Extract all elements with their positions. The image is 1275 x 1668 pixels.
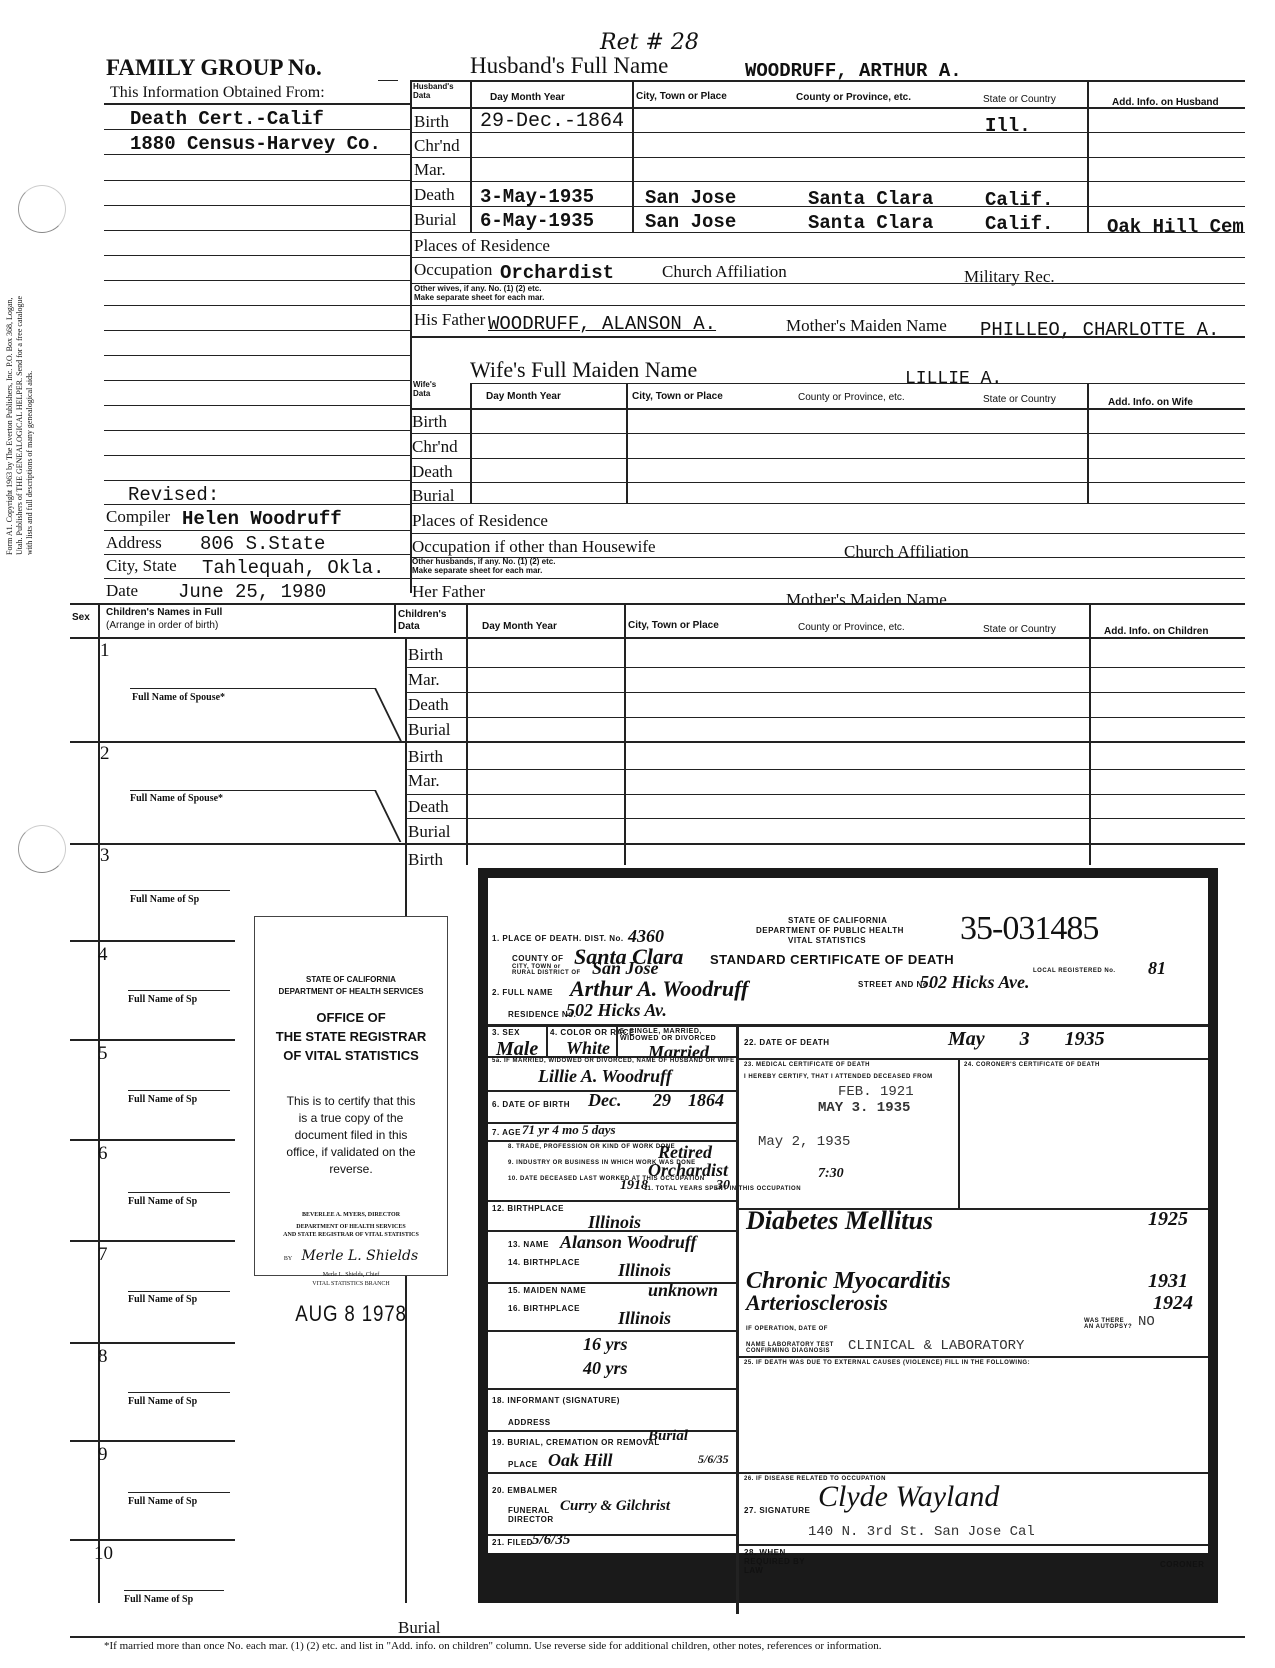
cert-attended-from: FEB. 1921 [838, 1084, 914, 1100]
compiler-name: Helen Woodruff [182, 508, 342, 530]
event-label: Burial [408, 720, 451, 740]
husband-name: WOODRUFF, ARTHUR A. [745, 60, 962, 82]
child-number: 4 [98, 944, 108, 966]
cert-contrib2: Arteriosclerosis [746, 1290, 888, 1316]
compiler-label: Compiler [106, 507, 170, 527]
cert-burial-label: 19. BURIAL, CREMATION OR REMOVAL [492, 1438, 660, 1447]
her-father-label: Her Father [412, 582, 485, 602]
cert-title: STANDARD CERTIFICATE OF DEATH [710, 952, 954, 967]
husband-burial-county: Santa Clara [808, 212, 933, 234]
husband-data-label: Husband's Data [413, 82, 447, 100]
cert-trade-label: 8. TRADE, PROFESSION OR KIND OF WORK DON… [508, 1144, 675, 1150]
occupation-label: Occupation if other than Housewife [412, 537, 656, 557]
stamp-dept: DEPARTMENT OF HEALTH SERVICES [255, 1224, 447, 1230]
cert-residence: 502 Hicks Av. [566, 1000, 667, 1021]
children-names-label: Children's Names in Full [106, 607, 222, 618]
cert-age-label: 7. AGE [492, 1128, 521, 1137]
cert-name: Arthur A. Woodruff [570, 976, 748, 1002]
cert-state: STATE OF CALIFORNIA [788, 916, 887, 925]
cert-last-saw: May 2, 1935 [758, 1134, 850, 1150]
cert-last-worked-label: 10. DATE DECEASED LAST WORKED AT THIS OC… [508, 1176, 705, 1182]
event-label: Birth [408, 747, 443, 767]
col-header: City, Town or Place [628, 620, 719, 631]
child-number: 6 [98, 1143, 108, 1165]
wife-data-label: Wife's Data [413, 380, 447, 398]
stamp-office: OF VITAL STATISTICS [255, 1048, 447, 1063]
stamp-registrar: AND STATE REGISTRAR OF VITAL STATISTICS [255, 1232, 447, 1238]
cert-filed-label: 21. FILED [492, 1538, 533, 1547]
cert-funeral: Curry & Gilchrist [560, 1498, 670, 1515]
spouse-label: Full Name of Sp [128, 1094, 197, 1105]
revised-label: Revised: [128, 484, 219, 506]
stamp-signature: Merle L. Shields [301, 1248, 418, 1264]
cert-date-death-label: 22. DATE OF DEATH [744, 1038, 830, 1047]
cert-sex-label: 3. SEX [492, 1028, 520, 1037]
child-number: 9 [98, 1444, 108, 1466]
col-header: Day Month Year [482, 621, 557, 632]
sex-label: Sex [72, 612, 90, 623]
compiler-city: Tahlequah, Okla. [202, 557, 384, 579]
husband-birth-state: Ill. [985, 115, 1031, 137]
cert-funeral-label: FUNERAL DIRECTOR [508, 1506, 548, 1524]
cert-required-label: 28. WHEN REQUIRED BY LAW [744, 1548, 814, 1575]
cert-medical-text: I HEREBY CERTIFY, THAT I ATTENDED DECEAS… [744, 1074, 944, 1080]
punch-hole [18, 825, 66, 873]
cert-attended-to: MAY 3. 1935 [818, 1100, 910, 1116]
cert-number: 35-031485 [960, 910, 1098, 948]
stamp-dept: DEPARTMENT OF HEALTH SERVICES [255, 987, 447, 996]
church-label: Church Affiliation [844, 542, 969, 562]
cert-burial-place: Oak Hill [548, 1450, 613, 1471]
other-husbands-note: Other husbands, if any. No. (1) (2) etc. [412, 557, 555, 566]
residence-label: Places of Residence [414, 236, 550, 256]
source-item: Death Cert.-Calif [130, 108, 324, 130]
event-label: Birth [414, 112, 449, 132]
church-label: Church Affiliation [662, 262, 787, 282]
cert-embalmer-label: 20. EMBALMER [492, 1486, 558, 1495]
source-item: 1880 Census-Harvey Co. [130, 133, 381, 155]
cert-autopsy-label: WAS THERE AN AUTOPSY? [1084, 1318, 1134, 1330]
cert-birthplace-label: 12. BIRTHPLACE [492, 1204, 564, 1213]
cert-father: Alanson Woodruff [560, 1232, 697, 1253]
cert-place-label: 1. PLACE OF DEATH. DIST. No. [492, 934, 624, 943]
event-label: Mar. [408, 771, 440, 791]
stamp-director: BEVERLEE A. MYERS, DIRECTOR [255, 1212, 447, 1218]
cert-signature-label: 27. SIGNATURE [744, 1506, 810, 1515]
event-label: Mar. [408, 670, 440, 690]
husband-burial-info: Oak Hill Cem [1107, 216, 1244, 238]
death-certificate: 1. PLACE OF DEATH. DIST. No. 4360 STATE … [478, 868, 1218, 1603]
cert-dob-day: 29 [653, 1090, 671, 1111]
cert-dob-label: 6. DATE OF BIRTH [492, 1100, 570, 1109]
col-header: State or Country [983, 394, 1056, 405]
city-state-label: City, State [106, 556, 177, 576]
address-label: Address [106, 533, 162, 553]
event-label: Birth [412, 412, 447, 432]
cert-informant-label: 18. INFORMANT (SIGNATURE) [492, 1396, 620, 1405]
stamp-by: BY [284, 1256, 292, 1262]
col-header: Day Month Year [486, 391, 561, 402]
certification-stamp: STATE OF CALIFORNIA DEPARTMENT OF HEALTH… [254, 916, 448, 1276]
cert-operation-label: IF OPERATION, DATE OF [746, 1326, 828, 1332]
cert-length-ca: 40 yrs [583, 1358, 628, 1379]
spouse-label: Full Name of Spouse* [132, 692, 225, 703]
stamp-office: OFFICE OF [255, 1010, 447, 1025]
cert-coroner-label: 24. CORONER'S CERTIFICATE OF DEATH [964, 1062, 1100, 1068]
husband-death-date: 3-May-1935 [480, 186, 594, 208]
cert-local-reg-label: LOCAL REGISTERED No. [1033, 968, 1116, 974]
stamp-branch: VITAL STATISTICS BRANCH [255, 1281, 447, 1287]
cert-city-label: CITY, TOWN or RURAL DISTRICT OF [512, 964, 582, 976]
event-label: Death [408, 695, 449, 715]
cert-address-label: ADDRESS [508, 1418, 551, 1427]
col-header: County or Province, etc. [798, 392, 905, 403]
event-label: Chr'nd [412, 437, 458, 457]
cert-burial-place-label: PLACE [508, 1460, 538, 1469]
husband-burial-date: 6-May-1935 [480, 210, 594, 232]
child-number: 5 [98, 1043, 108, 1065]
stamp-date: AUG 8 1978 [269, 1301, 432, 1327]
spouse-label: Full Name of Sp [128, 1294, 197, 1305]
cert-local-reg: 81 [1148, 958, 1166, 979]
event-label: Chr'nd [414, 136, 460, 156]
spouse-label: Full Name of Spouse* [130, 793, 223, 804]
publisher-note: Form A1. Copyright 1963 by The Everton P… [5, 295, 35, 555]
cert-father-bp-label: 14. BIRTHPLACE [508, 1258, 580, 1267]
children-data-label: Children's Data [398, 609, 458, 633]
husband-father: WOODRUFF, ALANSON A. [488, 313, 716, 335]
cert-external-label: 25. IF DEATH WAS DUE TO EXTERNAL CAUSES … [744, 1360, 1030, 1366]
cert-length-city: 16 yrs [583, 1334, 628, 1355]
cert-contrib2-year: 1924 [1153, 1292, 1193, 1315]
other-wives-note: Other wives, if any. No. (1) (2) etc. [414, 284, 541, 293]
punch-hole [18, 185, 66, 233]
cert-street: 502 Hicks Ave. [920, 972, 1029, 993]
cert-vital: VITAL STATISTICS [788, 936, 866, 945]
husband-label: Husband's Full Name [470, 53, 668, 79]
stamp-state: STATE OF CALIFORNIA [255, 975, 447, 984]
cert-physician-signature: Clyde Wayland [818, 1480, 999, 1514]
cert-cause: Diabetes Mellitus [746, 1206, 933, 1236]
date-label: Date [106, 581, 138, 601]
spouse-label: Full Name of Sp [130, 894, 199, 905]
child-number: 2 [100, 743, 110, 765]
col-header: Add. Info. on Wife [1108, 397, 1193, 408]
cert-cause-year: 1925 [1148, 1208, 1188, 1231]
cert-date-death: May 3 1935 [948, 1028, 1105, 1051]
cert-county-label: COUNTY OF [512, 954, 563, 963]
spouse-label: Full Name of Sp [124, 1594, 193, 1605]
mother-label: Mother's Maiden Name [786, 316, 947, 336]
cert-contrib1-year: 1931 [1148, 1270, 1188, 1293]
stamp-office: THE STATE REGISTRAR [255, 1029, 447, 1044]
col-header: State or Country [983, 624, 1056, 635]
occupation-label: Occupation [414, 260, 492, 280]
cert-coroner: CORONER [1160, 1560, 1204, 1569]
spouse-label: Full Name of Sp [128, 1496, 197, 1507]
child-number: 7 [98, 1244, 108, 1266]
footnote: *If married more than once No. each mar.… [104, 1640, 882, 1652]
wife-name: LILLIE A. [905, 369, 1002, 389]
children-names-label: (Arrange in order of birth) [106, 620, 218, 631]
col-header: State or Country [983, 94, 1056, 105]
cert-name-label: 2. FULL NAME [492, 988, 553, 997]
her-mother-label: Mother's Maiden Name [786, 590, 947, 610]
other-wives-note: Make separate sheet for each mar. [414, 293, 544, 302]
cert-autopsy: NO [1138, 1314, 1155, 1330]
cert-father-label: 13. NAME [508, 1240, 549, 1249]
compiler-address: 806 S.State [200, 533, 325, 555]
page-title: FAMILY GROUP No. [106, 55, 322, 81]
col-header: City, Town or Place [636, 91, 727, 102]
event-label: Burial [414, 210, 457, 230]
husband-burial-city: San Jose [645, 211, 736, 233]
cert-hour: 7:30 [818, 1166, 844, 1182]
child-number: 10 [94, 1543, 113, 1565]
husband-occupation: Orchardist [500, 262, 614, 284]
event-label: Death [412, 462, 453, 482]
spouse-label: Full Name of Sp [128, 994, 197, 1005]
cert-spouse-label: 5a. IF MARRIED, WIDOWED OR DIVORCED, NAM… [492, 1058, 735, 1064]
cert-dob-month: Dec. [588, 1090, 621, 1111]
cert-father-bp: Illinois [618, 1260, 671, 1281]
handwritten-annotation: Ret # 28 [600, 30, 699, 55]
husband-death-state: Calif. [985, 189, 1053, 211]
compiler-date: June 25, 1980 [178, 581, 326, 603]
cert-burial: Burial [648, 1428, 688, 1445]
cert-age: 71 yr 4 mo 5 days [522, 1122, 616, 1138]
other-husbands-note: Make separate sheet for each mar. [412, 566, 542, 575]
col-header: County or Province, etc. [798, 622, 905, 633]
col-header: Add. Info. on Children [1104, 626, 1208, 637]
event-label: Burial [398, 1618, 441, 1638]
child-number: 8 [98, 1346, 108, 1368]
cert-mother: unknown [648, 1280, 718, 1301]
child-number: 3 [100, 845, 110, 867]
cert-burial-date: 5/6/35 [698, 1452, 729, 1467]
cert-years: 30 [716, 1178, 730, 1194]
event-label: Birth [408, 645, 443, 665]
cert-filed: 5/6/35 [532, 1532, 570, 1549]
cert-lab-label: NAME LABORATORY TEST CONFIRMING DIAGNOSI… [746, 1342, 846, 1354]
cert-mother-bp: Illinois [618, 1308, 671, 1329]
col-header: City, Town or Place [632, 391, 723, 402]
col-header: County or Province, etc. [796, 92, 911, 103]
cert-dob-year: 1864 [688, 1090, 724, 1111]
father-label: His Father [414, 310, 485, 330]
stamp-chief: Merle L. Shields, Chief [255, 1272, 447, 1278]
cert-physician-address: 140 N. 3rd St. San Jose Cal [808, 1524, 1035, 1540]
stamp-certify: This is to certify that this is a true c… [281, 1093, 421, 1178]
event-label: Burial [408, 822, 451, 842]
sources-label: This Information Obtained From: [110, 84, 325, 102]
spouse-label: Full Name of Sp [128, 1396, 197, 1407]
event-label: Death [414, 185, 455, 205]
cert-lab: CLINICAL & LABORATORY [848, 1338, 1024, 1354]
cert-mother-label: 15. MAIDEN NAME [508, 1286, 586, 1295]
event-label: Birth [408, 850, 443, 870]
child-number: 1 [100, 640, 110, 662]
cert-mother-bp-label: 16. BIRTHPLACE [508, 1304, 580, 1313]
military-label: Military Rec. [964, 267, 1055, 287]
event-label: Death [408, 797, 449, 817]
event-label: Mar. [414, 160, 446, 180]
residence-label: Places of Residence [412, 511, 548, 531]
cert-marital-label: 5. SINGLE, MARRIED, WIDOWED OR DIVORCED [620, 1028, 732, 1042]
cert-spouse: Lillie A. Woodruff [538, 1066, 672, 1087]
husband-birth-date: 29-Dec.-1864 [480, 110, 624, 133]
cert-medical-label: 23. MEDICAL CERTIFICATE OF DEATH [744, 1062, 870, 1068]
wife-title: Wife's Full Maiden Name [470, 357, 697, 383]
spouse-label: Full Name of Sp [128, 1196, 197, 1207]
col-header: Day Month Year [490, 92, 565, 103]
cert-dept: DEPARTMENT OF PUBLIC HEALTH [756, 926, 904, 935]
